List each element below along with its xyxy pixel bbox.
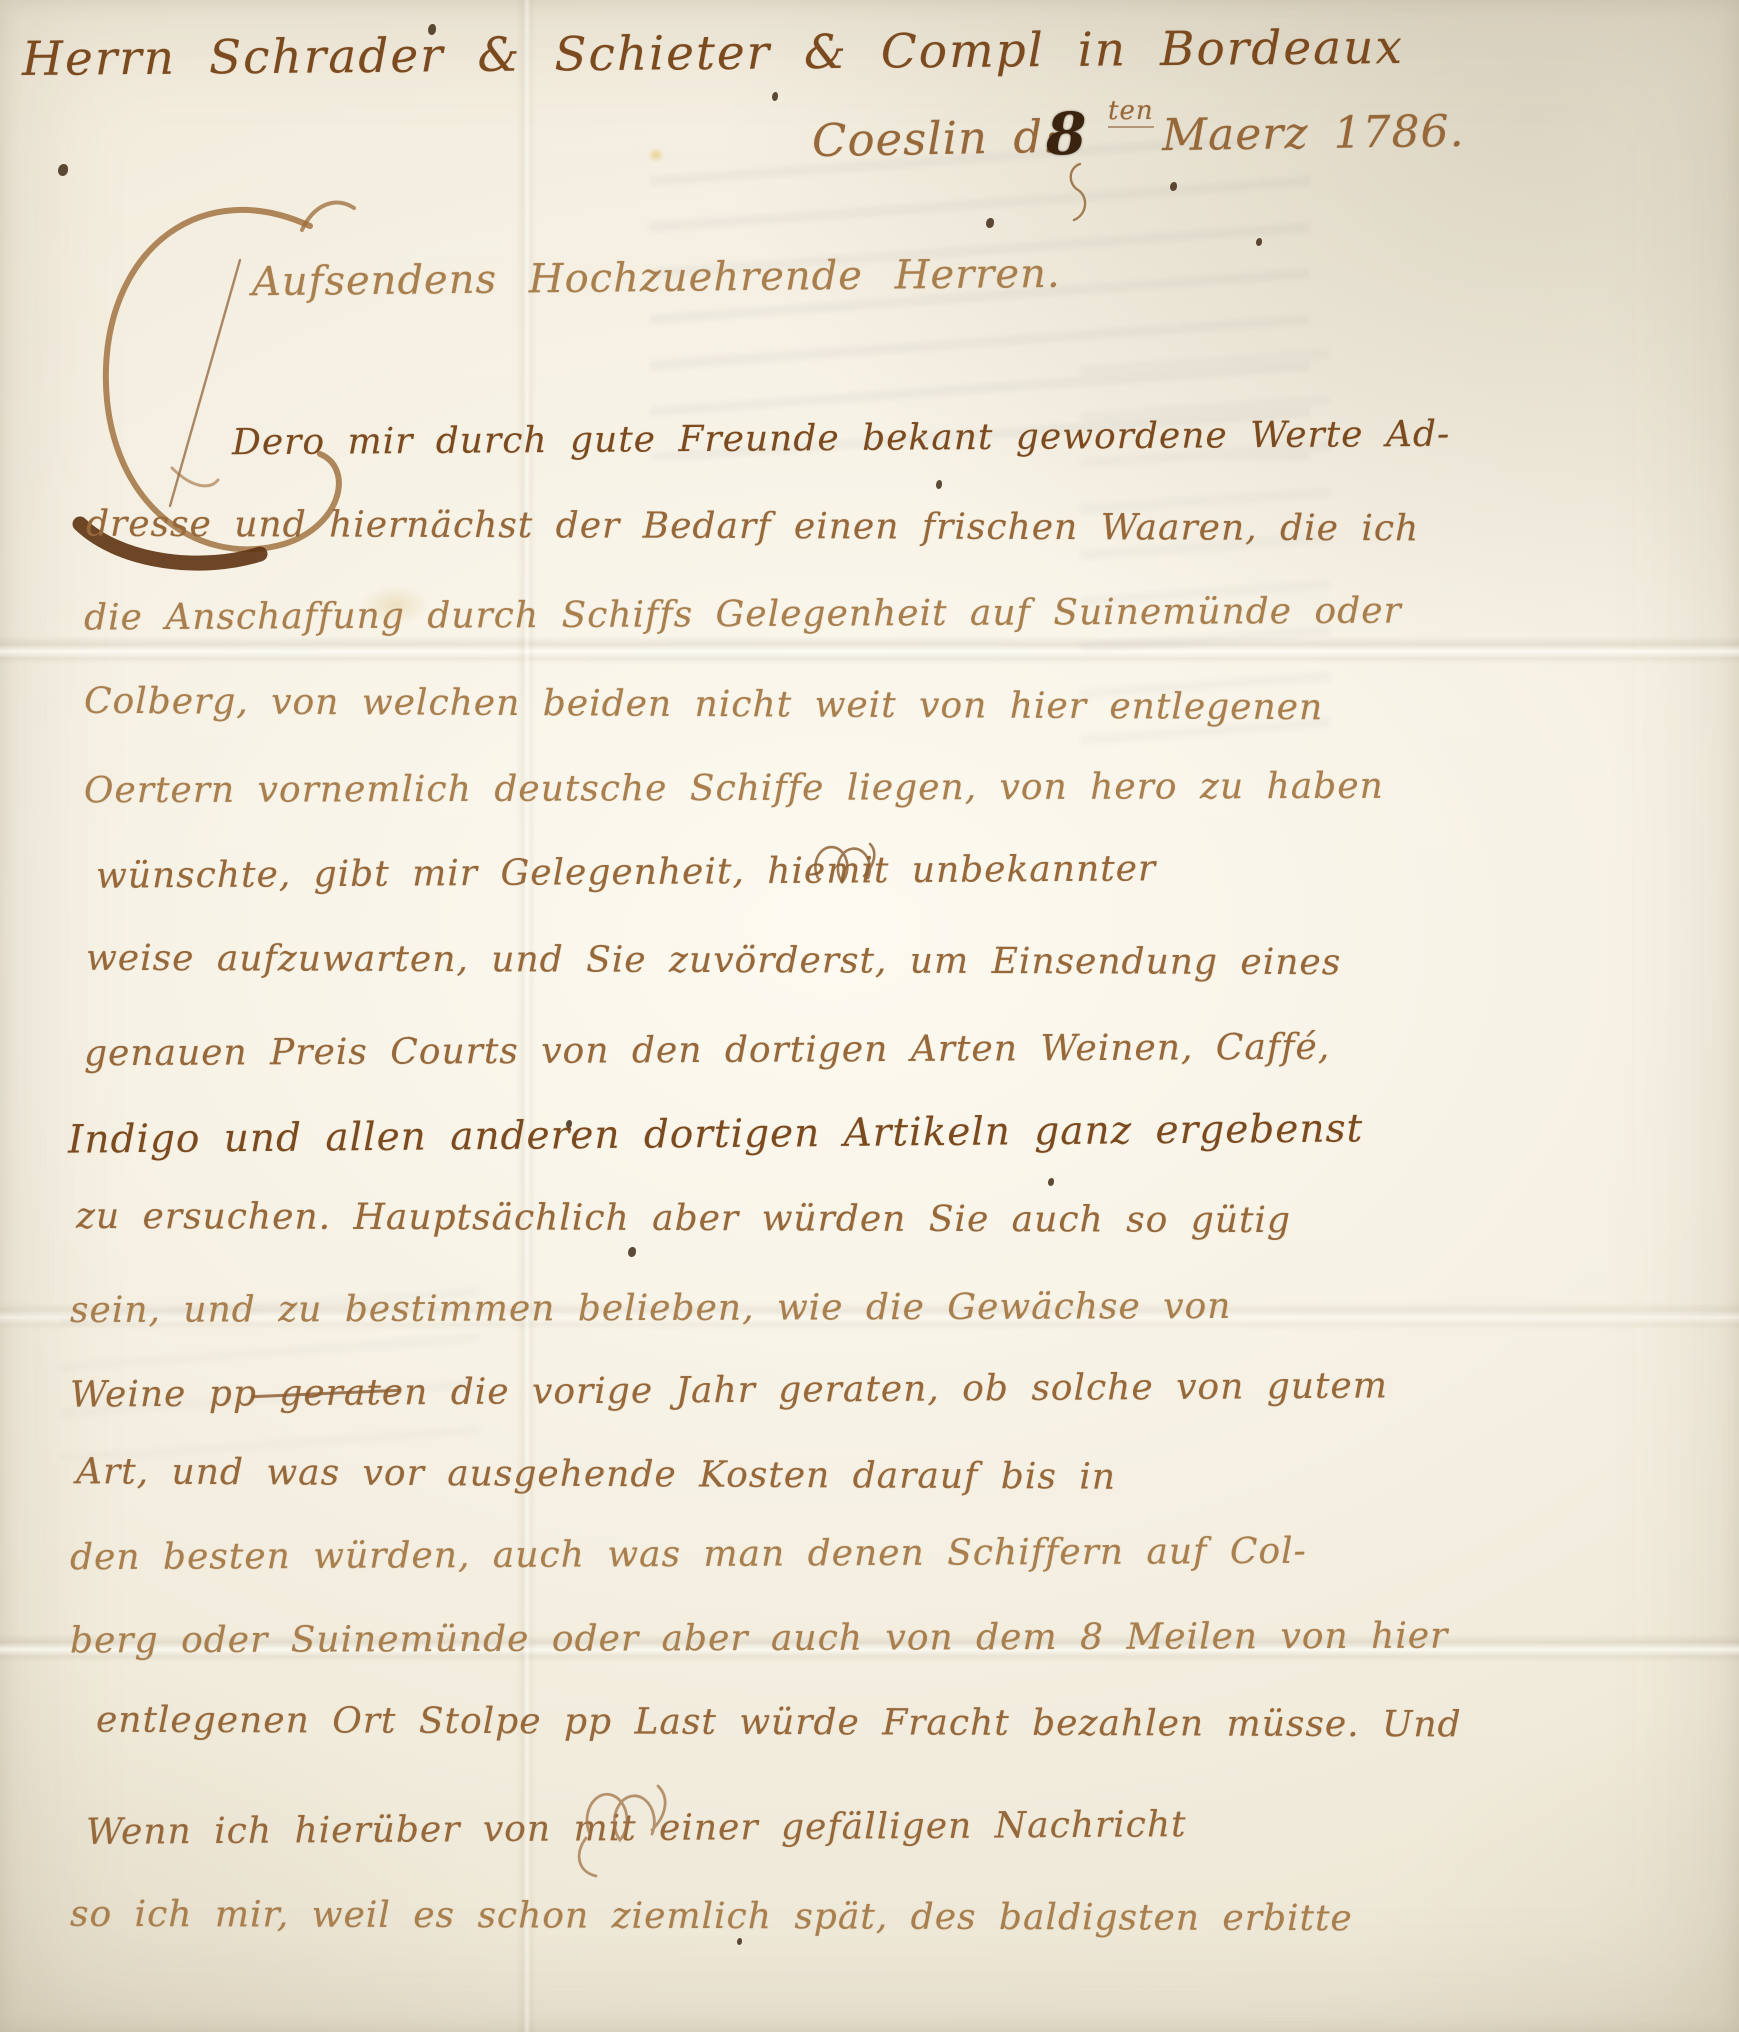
ink-spot bbox=[772, 92, 778, 101]
ink-spot bbox=[1048, 1178, 1054, 1186]
ink-spot bbox=[1170, 182, 1177, 191]
salutation-line: Aufsendens Hochzuehrende Herren. bbox=[252, 251, 1061, 305]
ink-spot bbox=[628, 1247, 636, 1257]
salutation-flourish bbox=[1062, 160, 1092, 224]
letter-page: Herrn Schrader & Schieter & Compl in Bor… bbox=[0, 0, 1739, 2032]
monogram-flourish bbox=[790, 838, 886, 912]
dateline-day-suffix: ten bbox=[1108, 96, 1154, 128]
body-line: genauen Preis Courts von den dortigen Ar… bbox=[84, 1027, 1330, 1075]
ink-spot bbox=[1256, 238, 1262, 246]
body-line: Dero mir durch gute Freunde bekant gewor… bbox=[232, 414, 1450, 464]
dateline-day: 8 bbox=[1046, 100, 1087, 168]
ink-spot bbox=[936, 480, 942, 489]
ink-spot bbox=[737, 1938, 742, 1945]
body-line: die Anschaffung durch Schiffs Gelegenhei… bbox=[84, 591, 1402, 639]
body-line: Art, und was vor ausgehende Kosten darau… bbox=[76, 1451, 1116, 1497]
body-line: dresse und hiernächst der Bedarf einen f… bbox=[86, 504, 1419, 550]
horizontal-fold-crease bbox=[0, 636, 1739, 664]
body-line: Colberg, von welchen beiden nicht weit v… bbox=[84, 681, 1323, 728]
ink-spot bbox=[986, 218, 994, 228]
body-line: sein, und zu bestimmen belieben, wie die… bbox=[70, 1286, 1232, 1331]
body-line: Oertern vornemlich deutsche Schiffe lieg… bbox=[84, 766, 1384, 812]
dateline-place: Coeslin d: bbox=[812, 110, 1060, 167]
body-line: berg oder Suinemünde oder aber auch von … bbox=[70, 1616, 1448, 1662]
dateline-month-year: Maerz 1786. bbox=[1162, 106, 1465, 161]
body-line: entlegenen Ort Stolpe pp Last würde Frac… bbox=[96, 1700, 1462, 1746]
recipient-line: Herrn Schrader & Schieter & Compl in Bor… bbox=[22, 20, 1404, 87]
body-line: so ich mir, weil es schon ziemlich spät,… bbox=[70, 1894, 1353, 1939]
monogram-flourish bbox=[556, 1778, 676, 1882]
body-line: zu ersuchen. Hauptsächlich aber würden S… bbox=[76, 1196, 1291, 1241]
body-line: Indigo und allen anderen dortigen Artike… bbox=[68, 1106, 1364, 1162]
body-line: Weine pp geraten die vorige Jahr geraten… bbox=[70, 1365, 1388, 1415]
stain bbox=[648, 148, 664, 162]
body-line: weise aufzuwarten, und Sie zuvörderst, u… bbox=[86, 938, 1341, 983]
body-line: den besten würden, auch was man denen Sc… bbox=[70, 1531, 1307, 1578]
body-line: wünschte, gibt mir Gelegenheit, hiemit u… bbox=[96, 848, 1156, 896]
